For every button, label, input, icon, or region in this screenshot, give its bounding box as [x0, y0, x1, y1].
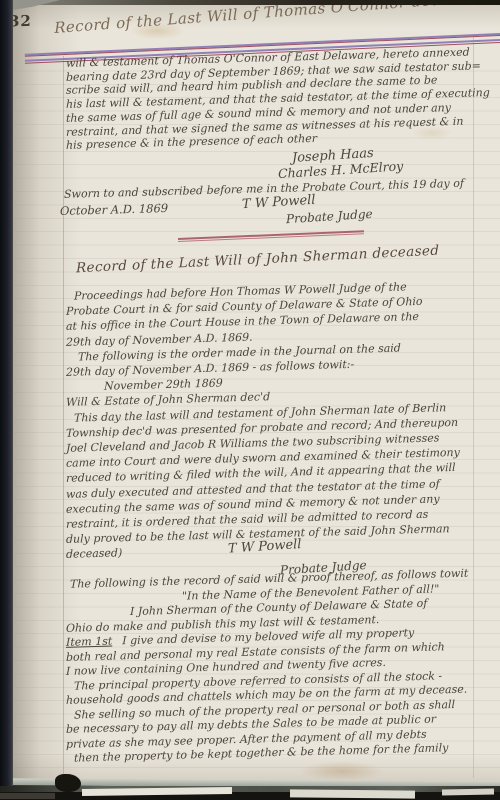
book-top-edge: [0, 0, 500, 5]
will-text: The following is the record of said will…: [66, 567, 468, 767]
page-edge-fragment: [290, 789, 415, 798]
page-edge-fragment: [442, 789, 494, 796]
attestation-date: October A.D. 1869: [60, 201, 168, 218]
will-item-1-body: both real and personal my real Estate co…: [66, 639, 468, 766]
bottom-left-blot: [55, 774, 81, 792]
record-1-body: will & testament of Thomas O'Connor of E…: [66, 45, 490, 153]
judge-signature: T W Powell: [242, 193, 316, 213]
record-2-body: Proceedings had before Hon Thomas W Powe…: [66, 278, 460, 563]
record-title: Record of the Last Will of John Sherman …: [76, 243, 440, 277]
item-1-label: Item 1st: [66, 635, 112, 649]
book-bottom-shadow: [0, 792, 500, 800]
page-content: 32 Record of the Last Will of Thomas O'C…: [0, 0, 500, 800]
page-edge-fragment: [0, 793, 55, 799]
ledger-photo: 32 Record of the Last Will of Thomas O'C…: [0, 0, 500, 800]
record-title: Record of the Last Will of Thomas O'Conn…: [54, 0, 486, 37]
record-separator-rule: [178, 230, 364, 242]
judge-title: Probate Judge: [286, 207, 373, 226]
binding-edge: [0, 0, 13, 800]
